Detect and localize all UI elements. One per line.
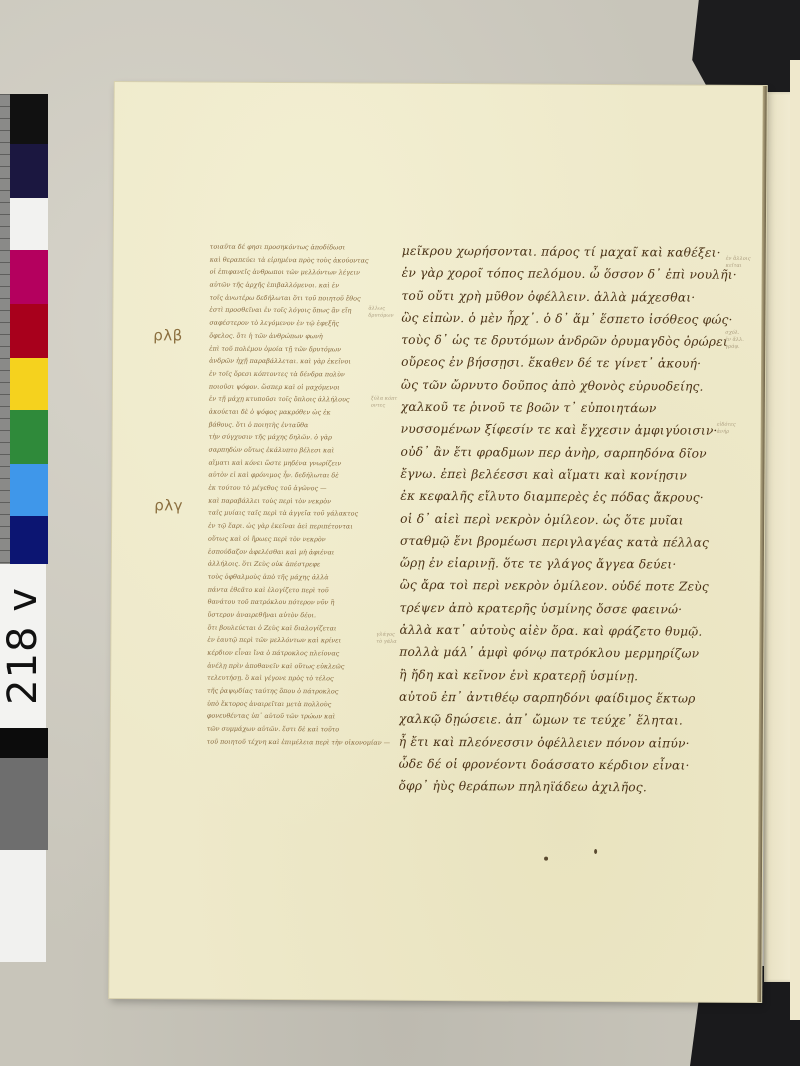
swatch-green xyxy=(10,410,48,464)
commentary-line: πάντα ἐθεᾶτο καὶ ἐλογίζετο περὶ τοῦ xyxy=(208,583,396,597)
main-text-line: τοὺς δ᾽ ὡς τε δρυτόμων ἀνδρῶν ὀρυμαγδὸς … xyxy=(401,329,741,353)
folio-label: 218 v xyxy=(0,587,46,705)
main-text-line: μεῖκρου χωρήσονται. πάρος τί μαχαῖ καὶ κ… xyxy=(402,240,742,264)
swatch-red xyxy=(10,304,48,358)
commentary-line: θανάτου τοῦ πατρόκλου πότερον νῦν ἢ xyxy=(208,596,396,610)
folio-label-card: 218 v xyxy=(0,564,46,728)
commentary-line: τοὺς ὀφθαλμοὺς ἀπὸ τῆς μάχης ἀλλὰ xyxy=(208,570,396,584)
commentary-line: ἐσπούδαζον ἀφελέσθαι καὶ μὴ ἀφιέναι xyxy=(208,545,396,559)
commentary-line: ἐν τῷ ἔαρι. ὡς γὰρ ἐκεῖναι ἀεὶ περιπέτον… xyxy=(208,520,396,534)
commentary-line: αὐτὸν εἰ καὶ φρόνιμος ἦν. δεδήλωται δὲ xyxy=(208,469,396,483)
commentary-line: αἵματι καὶ κόνει ὥστε μηδένα γνωρίζειν xyxy=(208,456,396,470)
main-text-line: ἀλλὰ κατ᾽ αὐτοὺς αἰὲν ὅρα. καὶ φράζετο θ… xyxy=(399,619,739,643)
swatch-cyan xyxy=(10,464,48,516)
main-text-line: ὄφρ᾽ ἠὺς θεράπων πηληϊάδεω ἀχιλῆος. xyxy=(398,775,738,799)
color-calibration-strip: 218 v xyxy=(0,94,52,962)
main-text-line: ἔγνω. ἐπεὶ βελέεσσι καὶ αἵματι καὶ κονίῃ… xyxy=(400,463,740,487)
commentary-line: σαρπηδὼν οὕτως ἐκάλυπτο βέλεσι καὶ xyxy=(209,444,397,458)
swatch-yellow xyxy=(10,358,48,410)
commentary-line: ὄφελος. ὅτι ἡ τῶν ἀνθρώπων φωνὴ xyxy=(209,329,397,343)
commentary-line: οὕτως καὶ οἱ ἥρωες περὶ τὸν νεκρὸν xyxy=(208,532,396,546)
commentary-line: καὶ θεραπεύει τὰ εἰρημένα πρὸς τοὺς ἀκού… xyxy=(210,253,398,267)
main-text-line: ὣς ἄρα τοὶ περὶ νεκρὸν ὁμίλεον. οὐδέ ποτ… xyxy=(400,574,740,598)
commentary-line: ποιοῦσι ψόφον. ὥσπερ καὶ οἱ μαχόμενοι xyxy=(209,380,397,394)
commentary-line: ἐν ἑαυτῷ περὶ τῶν μελλόντων καὶ κρίνει xyxy=(207,634,395,648)
commentary-line: ἀνδρῶν ἠχῇ παραβάλλεται. καὶ γὰρ ἐκεῖνοι xyxy=(209,355,397,369)
gray-swatch-black xyxy=(0,728,48,758)
swatch-black xyxy=(10,94,48,144)
commentary-line: ἀλλήλοις. ὅτι Ζεὺς οὐκ ἀπέστρεφε xyxy=(208,558,396,572)
margin-gloss: ἄλλως δρυτόμων xyxy=(368,306,393,320)
gray-swatch-mid xyxy=(0,758,48,850)
commentary-line: καὶ παραβάλλει τοὺς περὶ τὸν νεκρὸν xyxy=(208,494,396,508)
commentary-line: ταῖς μυίαις ταῖς περὶ τὰ ἀγγεῖα τοῦ γάλα… xyxy=(208,507,396,521)
commentary-line: βάθους. ὅτι ὁ ποιητὴς ἐνταῦθα xyxy=(209,418,397,432)
leaf-edge xyxy=(790,60,800,1020)
main-text-line: ἢ ἤδη καὶ κεῖνον ἐνὶ κρατερῇ ὑσμίνῃ. xyxy=(399,663,739,687)
margin-gloss: εἰδότες ἀνήρ xyxy=(717,422,736,436)
commentary-line: ἀνέλῃ πρὶν ἀποθανεῖν καὶ οὕτως εὐκλεῶς xyxy=(207,659,395,673)
measurement-ruler xyxy=(0,94,10,564)
commentary-line: ἐν τῇ μάχῃ κτυποῦσι τοῖς ὅπλοις ἀλλήλους xyxy=(209,393,397,407)
margin-gloss: ἐν ἄλλοις κεῖται xyxy=(726,256,751,270)
main-text-line: ἐκ κεφαλῆς εἴλυτο διαμπερὲς ἐς πόδας ἄκρ… xyxy=(400,485,740,509)
manuscript-page: ρλβ ρλγ τοιαῦτα δέ φησι προσηκόντως ἀποδ… xyxy=(109,82,767,1002)
commentary-line: ἐν τοῖς ὄρεσι κόπτοντες τὰ δένδρα πολὺν xyxy=(209,367,397,381)
commentary-line: τῆς ῥαψῳδίας ταύτης ὅπου ὁ πάτροκλος xyxy=(207,685,395,699)
main-text-line: ὧδε δέ οἱ φρονέοντι δοάσσατο κέρδιον εἶν… xyxy=(399,753,739,777)
main-text-line: ἐν γὰρ χοροῖ τόπος πελόμου. ὦ ὅσσον δ᾽ ἐ… xyxy=(402,262,742,286)
commentary-line: τῶν συμμάχων αὐτῶν. ἔστι δὲ καὶ τοῦτο xyxy=(207,723,395,737)
commentary-line: τοιαῦτα δέ φησι προσηκόντως ἀποδίδωσι xyxy=(210,241,398,255)
commentary-line: τὴν σύγχυσιν τῆς μάχης δηλῶν. ὁ γὰρ xyxy=(209,431,397,445)
main-text-line: αὐτοῦ ἐπ᾽ ἀντιθέῳ σαρπηδόνι φαίδιμος ἕκτ… xyxy=(399,686,739,710)
commentary-line: τοῦ ποιητοῦ τέχνη καὶ ἐπιμέλεια περὶ τὴν… xyxy=(207,735,395,749)
main-text-line: ὥρῃ ἐν εἰαρινῇ. ὅτε τε γλάγος ἄγγεα δεύε… xyxy=(400,552,740,576)
margin-gloss: ξύλα κόπτ οντες xyxy=(371,396,397,410)
margin-number-1: ρλβ xyxy=(153,326,183,344)
commentary-line: ὕστερον ἀναιρεθῆναι αὐτὸν δέοι. xyxy=(208,609,396,623)
commentary-line: οἱ ἐπιφανεῖς ἀνθρωποι τῶν μελλόντων λέγε… xyxy=(210,266,398,280)
commentary-line: ὅτι βουλεύεται ὁ Ζεὺς καὶ διαλογίζεται xyxy=(207,621,395,635)
main-text-line: χαλκῷ δῃώσειε. ἀπ᾽ ὤμων τε τεύχε᾽ ἕληται… xyxy=(399,708,739,732)
swatch-white xyxy=(10,198,48,250)
margin-gloss: σχόλ. ἐν ἄλλ. γράφ. xyxy=(725,330,744,351)
swatch-blue xyxy=(10,516,48,564)
main-text-line: οἱ δ᾽ αἰεὶ περὶ νεκρὸν ὁμίλεον. ὡς ὅτε μ… xyxy=(400,507,740,531)
commentary-line: κέρδιον εἶναι ἵνα ὁ πάτροκλος πλείονας xyxy=(207,647,395,661)
commentary-line: ἐκ τούτου τὸ μέγεθος τοῦ ἀγῶνος — xyxy=(208,482,396,496)
commentary-line: τελευτήσῃ. ὃ καὶ γέγονε πρὸς τὸ τέλος xyxy=(207,672,395,686)
swatch-navy xyxy=(10,144,48,198)
main-text-line: νυσσομένων ξίφεσίν τε καὶ ἔγχεσιν ἀμφιγύ… xyxy=(401,418,741,442)
margin-gloss: γλάγος τὸ γάλα xyxy=(376,632,396,646)
main-text-line: οὐδ᾽ ἂν ἔτι φραδμων περ ἀνὴρ, σαρπηδόνα … xyxy=(400,440,740,464)
commentary-line: φονευθέντας ὑπ᾽ αὐτοῦ τῶν τρώων καὶ xyxy=(207,710,395,724)
swatch-magenta xyxy=(10,250,48,304)
main-text-line: ὣς τῶν ὤρνυτο δοῦπος ἀπὸ χθονὸς εὐρυοδεί… xyxy=(401,374,741,398)
main-text-line: πολλὰ μάλ᾽ ἀμφὶ φόνῳ πατρόκλου μερμηρίζω… xyxy=(399,641,739,665)
commentary-line: ἀκούεται δὲ ὁ ψόφος μακρόθεν ὡς ἐκ xyxy=(209,406,397,420)
main-text-column: μεῖκρου χωρήσονται. πάρος τί μαχαῖ καὶ κ… xyxy=(398,240,741,799)
commentary-line: αὐτῶν τῆς ἀρχῆς ἐπιβαλλόμενοι. καὶ ἐν xyxy=(210,279,398,293)
main-text-line: ὣς εἰπὼν. ὁ μὲν ἦρχ᾽. ὁ δ᾽ ἅμ᾽ ἕσπετο ἰσ… xyxy=(401,307,741,331)
main-text-line: χαλκοῦ τε ῥινοῦ τε βοῶν τ᾽ εὐποιητάων xyxy=(401,396,741,420)
main-text-line: τοῦ οὔτι χρὴ μῦθον ὀφέλλειν. ἀλλὰ μάχεσθ… xyxy=(401,284,741,308)
main-text-line: τρέψεν ἀπὸ κρατερῆς ὑσμίνης ὄσσε φαεινώ· xyxy=(400,597,740,621)
margin-number-2: ρλγ xyxy=(154,496,183,514)
gray-swatch-white xyxy=(0,850,46,962)
ink-spot xyxy=(594,849,597,854)
commentary-line: ἐπὶ τοῦ πολέμου ὁμοία τῇ τῶν δρυτόμων xyxy=(209,342,397,356)
main-text-line: σταθμῷ ἔνι βρομέωσι περιγλαγέας κατὰ πέλ… xyxy=(400,530,740,554)
main-text-line: οὔρεος ἐν βήσσῃσι. ἕκαθεν δέ τε γίνετ᾽ ἀ… xyxy=(401,351,741,375)
commentary-line: ὑπὸ ἕκτορος ἀναιρεῖται μετὰ πολλοὺς xyxy=(207,697,395,711)
commentary-line: τοῖς ἀνωτέρω δεδήλωται ὅτι τοῦ ποιητοῦ ἔ… xyxy=(209,291,397,305)
ink-spot xyxy=(544,857,548,861)
main-text-line: ἦ ἔτι καὶ πλεόνεσσιν ὀφέλλειεν πόνον αἰπ… xyxy=(399,730,739,754)
